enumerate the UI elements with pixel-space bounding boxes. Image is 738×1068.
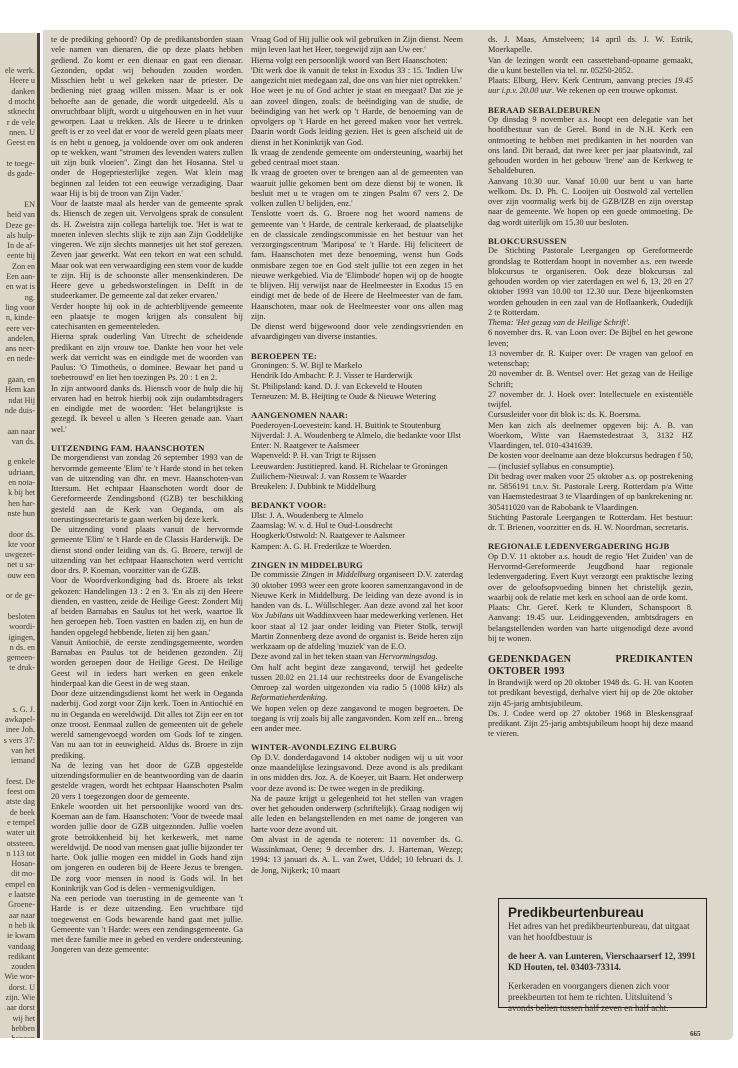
box-intro: Het adres van het predikbeurtenbureau, d… bbox=[508, 921, 697, 943]
page-edge-fragment: ng. bbox=[25, 293, 35, 303]
page-edge-fragment: door ds. bbox=[9, 530, 35, 540]
list-item: Poederoyen-Loevestein: kand. H. Buitink … bbox=[251, 421, 463, 431]
article-paragraph: Ds. J. Codee werd op 27 oktober 1968 in … bbox=[488, 709, 693, 740]
section-heading-gedenkdagen: GEDENKDAGEN PREDIKANTEN OKTOBER 1993 bbox=[488, 654, 693, 678]
list-item: Leeuwarden: Justitiepred. kand. H. Riche… bbox=[251, 462, 463, 472]
page-edge-fragment: Deze ge- bbox=[6, 221, 35, 231]
list-item: Zaamslag: W. v. d. Hul te Oud-Loosdrecht bbox=[251, 521, 463, 531]
previous-page-edge: ele werk.Heere udankend mochtstknechtr d… bbox=[0, 33, 40, 1038]
page-edge-fragment: gaan, en bbox=[8, 375, 35, 385]
page-edge-fragment: e laatste bbox=[8, 890, 35, 900]
article-paragraph: Deze avond zal in het teken staan van He… bbox=[251, 652, 463, 662]
page-edge-fragment: ele werk. bbox=[5, 66, 35, 76]
page-edge-fragment: s vers 37: bbox=[4, 736, 35, 746]
section-heading-winter: WINTER-AVONDLEZING ELBURG bbox=[251, 742, 463, 753]
page-edge-fragment: andelen, bbox=[7, 334, 35, 344]
page-edge-fragment: g enkele bbox=[7, 457, 35, 467]
page-edge-fragment: Hem kan bbox=[5, 385, 35, 395]
page-edge-fragment: van het bbox=[11, 746, 35, 756]
page-edge-fragment: empel en bbox=[5, 880, 35, 890]
list-item: Breukelen: J. Dubbink te Middelburg bbox=[251, 482, 463, 492]
list-item: Stichting Pastorale Leergangen te Rotter… bbox=[488, 513, 693, 534]
box-address: de heer A. van Lunteren, Vierschaarserf … bbox=[508, 951, 697, 973]
list-item: Enter: N. Raatgever te Aalsmeer bbox=[251, 441, 463, 451]
page-edge-fragment: stknecht bbox=[8, 107, 35, 117]
page-edge-fragment: EN bbox=[24, 200, 35, 210]
article-paragraph: 'Dit werk doe ik vanuit de tekst in Exod… bbox=[251, 66, 463, 87]
page-edge-fragment: zouden bbox=[11, 962, 35, 972]
page-edge-fragment: Geest en bbox=[7, 138, 35, 148]
list-item: Hoogkerk/Ostwold: N. Raatgever te Aalsme… bbox=[251, 531, 463, 541]
article-paragraph: Enkele woorden uit het persoonlijke woor… bbox=[51, 802, 243, 894]
article-paragraph: Ik vraag de groeten over te brengen aan … bbox=[251, 168, 463, 209]
box-note: Kerkeraden en voorgangers dienen zich vo… bbox=[508, 981, 697, 1014]
page-edge-fragment: s. G. J. bbox=[12, 705, 35, 715]
article-paragraph: Aanvang 10.30 uur. Vanaf 10.00 uur bent … bbox=[488, 177, 693, 228]
section-heading-blokcursussen: BLOKCURSUSSEN bbox=[488, 236, 693, 247]
page-edge-fragment: ling voor bbox=[5, 303, 35, 313]
page-edge-fragment: ie kwam bbox=[7, 931, 35, 941]
page-edge-fragment: als hulp- bbox=[7, 231, 35, 241]
page-edge-fragment: en nede- bbox=[7, 354, 35, 364]
page-edge-fragment: e tempel bbox=[7, 818, 35, 828]
page-edge-fragment: feest. De bbox=[6, 777, 35, 787]
page-edge-fragment: gemeen- bbox=[7, 653, 35, 663]
page-edge-fragment: feest om bbox=[7, 787, 35, 797]
column-3: ds. J. Maas, Amstelveen; 14 april ds. J.… bbox=[488, 35, 693, 740]
section-heading-zingen: ZINGEN IN MIDDELBURG bbox=[251, 560, 463, 571]
article-paragraph: Hoe weet je nu of God achter je staat en… bbox=[251, 86, 463, 148]
article-paragraph: Op D.V. donderdagavond 14 oktober nodige… bbox=[251, 753, 463, 794]
list-item: 20 november dr. B. Wentsel over: Het gez… bbox=[488, 369, 693, 390]
article-paragraph: Door deze uitzendingsdienst komt het wer… bbox=[51, 689, 243, 761]
page-edge-fragment: en wat is bbox=[6, 282, 35, 292]
page-edge-fragment: n heb ik bbox=[9, 921, 35, 931]
page-edge-fragment: besloten bbox=[8, 612, 35, 622]
page-edge-fragment: In de af- bbox=[7, 241, 35, 251]
article-paragraph: De commissie Zingen in Middelburg organi… bbox=[251, 570, 463, 652]
page-edge-fragment: aan naar bbox=[8, 427, 36, 437]
article-paragraph: Om half acht begint deze zangavond, terw… bbox=[251, 663, 463, 704]
page-edge-fragment: ouw een bbox=[7, 571, 35, 581]
page-edge-fragment: awkapel- bbox=[5, 715, 35, 725]
article-paragraph: Hierna sprak ouderling Van Utrecht de sc… bbox=[51, 332, 243, 383]
article-paragraph: We hopen velen op deze zangavond te moge… bbox=[251, 704, 463, 735]
section-heading-aangenomen: AANGENOMEN NAAR: bbox=[251, 410, 463, 421]
list-item: 13 november dr. R. Kuiper over: De vrage… bbox=[488, 349, 693, 370]
article-paragraph: Vraag God of Hij jullie ook wil gebruike… bbox=[251, 35, 463, 56]
list-item: Zuilichem-Nieuwal: J. van Rossem te Waar… bbox=[251, 472, 463, 482]
page-edge-fragment: otssteen. bbox=[7, 839, 35, 849]
list-item: Hendrik Ido Ambacht: P. J. Visser te Har… bbox=[251, 371, 463, 381]
list-item: De kosten voor deelname aan deze blokcur… bbox=[488, 451, 693, 472]
page-edge-fragment: net u sa- bbox=[7, 560, 35, 570]
article-paragraph: In zijn antwoord danks ds. Hiensch voor … bbox=[51, 384, 243, 435]
list-item: Terneuzen: M. B. Heijting te Oude & Nieu… bbox=[251, 392, 463, 402]
page-edge-fragment: ans neer- bbox=[5, 344, 35, 354]
page-edge-fragment: nste hun bbox=[7, 509, 35, 519]
article-paragraph: De dienst werd bijgewoond door vele zend… bbox=[251, 322, 463, 343]
page-edge-fragment: vandaag bbox=[8, 942, 35, 952]
article-paragraph: te de prediking gehoord? Op de predikant… bbox=[51, 35, 243, 199]
article-paragraph: De morgendienst van zondag 26 september … bbox=[51, 453, 243, 525]
article-paragraph: Na een periode van toerusting in de geme… bbox=[51, 894, 243, 956]
page-edge-fragment: dorst. U bbox=[9, 983, 35, 993]
section-heading-beroepen: BEROEPEN TE: bbox=[251, 351, 463, 362]
predikbeurtenbureau-box: Predikbeurtenbureau Het adres van het pr… bbox=[498, 898, 707, 1008]
page-edge-fragment: redikant bbox=[8, 952, 35, 962]
article-paragraph: Na de lezing van het door de GZB opgeste… bbox=[51, 761, 243, 802]
section-heading-bedankt: BEDANKT VOOR: bbox=[251, 500, 463, 511]
page-edge-fragment: r de vele bbox=[7, 118, 35, 128]
article-paragraph: Tenslotte voert ds. G. Broere nog het wo… bbox=[251, 209, 463, 322]
page-edge-fragment: hebben bbox=[11, 1024, 35, 1034]
page-edge-fragment: ds gade- bbox=[7, 169, 35, 179]
page-edge-fragment: heid van bbox=[7, 210, 35, 220]
list-item: Kampen: A. G. H. Frederikze te Woerden. bbox=[251, 542, 463, 552]
page-edge-fragment: d mocht bbox=[8, 97, 35, 107]
page-edge-fragment: Heere u bbox=[9, 76, 35, 86]
section-heading-beraad: BERAAD SEBALDEBUREN bbox=[488, 105, 693, 116]
article-paragraph: Van de lezingen wordt een cassetteband-o… bbox=[488, 56, 693, 77]
page-edge-fragment: en nota- bbox=[8, 478, 35, 488]
list-item: Men kan zich als deelnemer opgeven bij: … bbox=[488, 421, 693, 452]
box-title: Predikbeurtenbureau bbox=[508, 905, 697, 921]
page-edge-fragment: Hosan- bbox=[11, 859, 35, 869]
article-paragraph: De Stichting Pastorale Leergangen op Ger… bbox=[488, 246, 693, 318]
article-paragraph: Vanuit Antiochië, de eerste zendingsgeme… bbox=[51, 638, 243, 689]
page-edge-fragment: te toege- bbox=[7, 159, 35, 169]
page-edge-fragment: atste dag bbox=[6, 797, 35, 807]
magazine-page: te de prediking gehoord? Op de predikant… bbox=[43, 30, 733, 1040]
page-edge-fragment: eere ver- bbox=[6, 324, 35, 334]
article-paragraph: Plaats: Chr. Geref. Kerk te Klundert, Sc… bbox=[488, 603, 693, 644]
page-edge-fragment: igingen, bbox=[8, 633, 35, 643]
article-paragraph: In Brandwijk werd op 20 oktober 1948 ds.… bbox=[488, 678, 693, 709]
page-edge-fragment: hen har- bbox=[8, 499, 35, 509]
article-paragraph: Op D.V. 11 oktober a.s. houdt de regio '… bbox=[488, 552, 693, 603]
section-heading-hgjb: REGIONALE LEDENVERGADERING HGJB bbox=[488, 541, 693, 552]
page-edge-fragment: te druk- bbox=[9, 663, 35, 673]
list-item: Dit bedrag over maken voor 25 oktober a.… bbox=[488, 472, 693, 513]
list-item: Nijverdal: J. A. Woudenberg te Almelo, d… bbox=[251, 431, 463, 441]
page-edge-fragment: k bij het bbox=[8, 488, 35, 498]
article-paragraph: Verder hoopte hij ook in de achterblijve… bbox=[51, 302, 243, 333]
page-edge-fragment: Groene- bbox=[8, 900, 35, 910]
page-edge-fragment: hangen bbox=[11, 1034, 35, 1038]
column-2: Vraag God of Hij jullie ook wil gebruike… bbox=[251, 35, 463, 876]
page-edge-fragment: Een aan- bbox=[6, 272, 35, 282]
page-edge-fragment: uwgezet- bbox=[5, 550, 35, 560]
page-edge-fragment: or de ge- bbox=[6, 591, 35, 601]
page-edge-fragment: n 113 tot bbox=[6, 849, 35, 859]
page-edge-fragment: zijn. Wie bbox=[5, 993, 35, 1003]
page-edge-fragment: aar naar bbox=[9, 911, 35, 921]
page-edge-fragment: wij het bbox=[12, 1014, 35, 1024]
page-edge-fragment: n ds. en bbox=[10, 643, 35, 653]
article-paragraph: Plaats: Elburg, Herv. Kerk Centrum, aanv… bbox=[488, 76, 693, 97]
section-heading-uitzending: UITZENDING FAM. HAANSCHOTEN bbox=[51, 443, 243, 454]
column-1: te de prediking gehoord? Op de predikant… bbox=[51, 35, 243, 956]
page-edge-fragment: nnen. U bbox=[9, 128, 35, 138]
article-paragraph: Om alvast in de agenda te noteren: 11 no… bbox=[251, 835, 463, 876]
page-edge-fragment: iemand bbox=[11, 756, 35, 766]
page-edge-fragment: water uit bbox=[6, 828, 35, 838]
list-item: St. Philipsland: kand. D. J. van Eckevel… bbox=[251, 382, 463, 392]
page-number: 665 bbox=[690, 1030, 701, 1038]
article-paragraph: Voor de Woordverkondiging had ds. Broere… bbox=[51, 576, 243, 638]
page-edge-fragment: van ds. bbox=[12, 437, 35, 447]
page-edge-fragment: dit mo- bbox=[11, 869, 35, 879]
page-edge-fragment: kte voor bbox=[8, 540, 35, 550]
list-item: Cursusleider voor dit blok is: ds. K. Bo… bbox=[488, 410, 693, 420]
page-edge-fragment: de beek bbox=[10, 808, 35, 818]
page-edge-fragment: udriaan, bbox=[8, 468, 35, 478]
list-item: Wapenveld: P. H. van Trigt te Rijssen bbox=[251, 451, 463, 461]
page-edge-fragment: ndat Hij bbox=[8, 396, 35, 406]
article-paragraph: ds. J. Maas, Amstelveen; 14 april ds. J.… bbox=[488, 35, 693, 56]
article-paragraph: Na de pauze krijgt u gelegenheid tot het… bbox=[251, 794, 463, 835]
page-edge-fragment: inee Joh. bbox=[6, 725, 35, 735]
article-paragraph: De uitzending vond plaats vanuit de herv… bbox=[51, 525, 243, 576]
list-item: Groningen: S. W. Bijl te Markelo bbox=[251, 361, 463, 371]
article-paragraph: Ik vraag de zendende gemeente om onderst… bbox=[251, 148, 463, 169]
list-item: 6 november drs. R. van Loon over: De Bij… bbox=[488, 328, 693, 349]
article-paragraph: Op dinsdag 9 november a.s. hoopt een del… bbox=[488, 115, 693, 177]
list-item: IJlst: J. A. Woudenberg te Almelo bbox=[251, 511, 463, 521]
page-edge-fragment: n, kinde- bbox=[6, 313, 35, 323]
page-edge-fragment: aar dorst bbox=[7, 1003, 35, 1013]
list-item: 27 november dr. J. Hoek over: Intellectu… bbox=[488, 390, 693, 411]
page-edge-fragment: woordi- bbox=[9, 622, 35, 632]
article-paragraph: Voor de laatste maal als herder van de g… bbox=[51, 199, 243, 302]
page-edge-fragment: Wie wor- bbox=[4, 972, 35, 982]
page-edge-fragment: danken bbox=[11, 87, 35, 97]
page-edge-fragment: Zon en bbox=[12, 262, 35, 272]
article-paragraph: Hierna volgt een persoonlijk woord van B… bbox=[251, 56, 463, 66]
page-edge-fragment: nde duis- bbox=[5, 406, 35, 416]
page-edge-fragment: eente bij bbox=[7, 251, 35, 261]
article-paragraph: Thema: 'Het gezag van de Heilige Schrift… bbox=[488, 318, 693, 328]
